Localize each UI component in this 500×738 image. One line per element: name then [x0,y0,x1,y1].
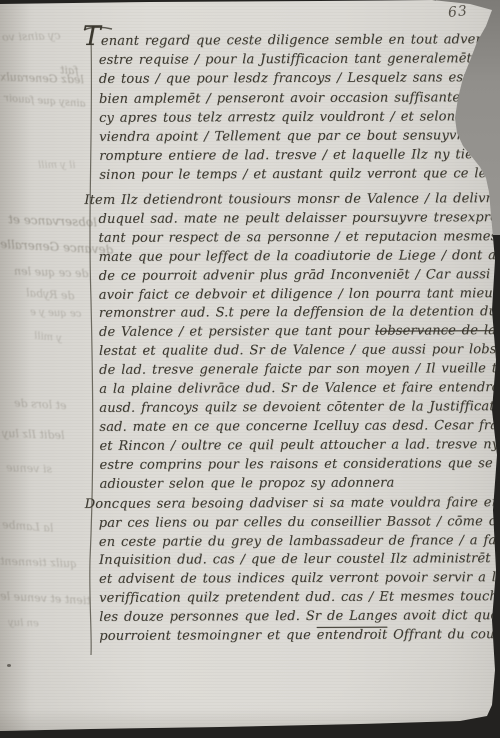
showthrough-fragment: et lors de [14,397,67,413]
showthrough-fragment: en luy [8,617,39,629]
showthrough-fragment: lobservance et [8,212,97,229]
text-line: cy apres tous telz arrestz quilz vouldro… [99,107,497,128]
showthrough-fragment: fait [60,64,79,78]
showthrough-fragment: de Rybal [26,286,75,302]
text-line: remonstrer aud. S.t pere la deffension d… [99,304,497,325]
showthrough-fragment: y mill [34,331,63,345]
text-line: ausd. francoys quilz se devoient cōtente… [99,398,497,419]
text-line: Item Ilz detiendront tousiours monsr de … [84,190,496,211]
text-line: a la plaine delivrāce dud. Sr de Valence… [99,379,497,400]
text-line: estre requise / pour la Justifficacion t… [99,49,497,70]
text-line: et Rincon / oultre ce quil peult attouch… [99,436,497,457]
overlined-word: entendroit [317,627,388,642]
showthrough-fragment: la Lambe [2,518,54,535]
text-line: rompture entiere de lad. tresve / et laq… [99,145,497,166]
showthrough-fragment: de ce que len [14,265,89,281]
text-line: Tenant regard que ceste diligence semble… [83,25,497,51]
text-line: avoir faict ce debvoir et diligence / lo… [99,285,497,306]
text-line: mate que pour leffect de la coadiutorie … [99,247,497,268]
text-line: de tous / que pour lesdz francoys / Lesq… [99,69,497,90]
text-line: pourroient tesmoingner et que entendroit… [99,626,497,647]
ink-speck [7,664,11,667]
text-line: de ce pourroit advenir plus grād Inconve… [99,266,497,287]
text-line: estre comprins pour les raisons et consi… [99,455,497,476]
margin-showthrough-layer: cy ainsi vofaitledz Generaulxainsy que f… [0,0,500,738]
showthrough-fragment: tient et venue le [0,590,91,608]
text-line: viendra apoint / Tellement que par ce bo… [99,126,497,147]
text-line: sad. mate en ce que concerne Icelluy cas… [99,417,497,438]
text-line: duquel sad. mate ne peult delaisser pour… [98,209,496,230]
line-text: de Valence / et persister que tant pour [99,324,375,340]
folio-number: 63 [447,3,468,21]
text-line: tant pour respect de sa personne / et re… [99,228,497,249]
text-line: et advisent de tous indices quilz verron… [99,569,497,590]
paragraph-3: Doncques sera besoing dadviser si sa mat… [99,494,498,646]
text-line: Inquisition dud. cas / que de leur coust… [99,551,497,572]
text-line: bien amplemēt / penseront avoir occasion… [99,88,497,109]
text-line: de Valence / et persister que tant pour … [99,322,497,343]
text-line: Doncques sera besoing dadviser si sa mat… [85,494,497,515]
showthrough-fragment: il y mill [38,160,75,171]
text-line: de lad. tresve generale faicte par son m… [99,360,497,381]
line-text: pourroient tesmoingner et que [99,627,317,643]
text-line: les douze personnes que led. Sr de Lange… [99,607,497,628]
showthrough-fragment: ce que y e [30,307,82,320]
showthrough-fragment: devance Generalle [0,237,114,257]
text-line: sinon pour le temps / et austant quilz v… [99,165,497,186]
struck-text: lobservance de lad. [375,323,500,339]
showthrough-fragment: ainsy que fauoir [4,93,86,110]
text-line: par ces liens ou par celles du conseilli… [99,513,497,534]
showthrough-fragment: quilz tiennent [0,555,77,571]
paragraph-1: Tenant regard que ceste diligence semble… [99,25,498,185]
manuscript-page: cy ainsi vofaitledz Generaulxainsy que f… [0,0,500,738]
text-line: adiouster selon que le propoz sy adonner… [100,474,498,495]
text-line: lestat et qualite dud. Sr de Valence / q… [99,341,497,362]
line-text: Offrant du coustel [387,627,500,643]
text-line: veriffication quilz pretendent dud. cas … [99,588,497,609]
showthrough-fragment: ledz Generaulx [0,71,84,87]
paragraph-2: Item Ilz detiendront tousiours monsr de … [98,190,497,494]
margin-rule-line [0,0,500,738]
text-line: en ceste partie du grey de lambassadeur … [99,532,497,553]
showthrough-fragment: si venue [6,461,52,476]
showthrough-fragment: cy ainsi vo [2,29,61,44]
showthrough-fragment: ledit Ilz luy [2,427,65,442]
